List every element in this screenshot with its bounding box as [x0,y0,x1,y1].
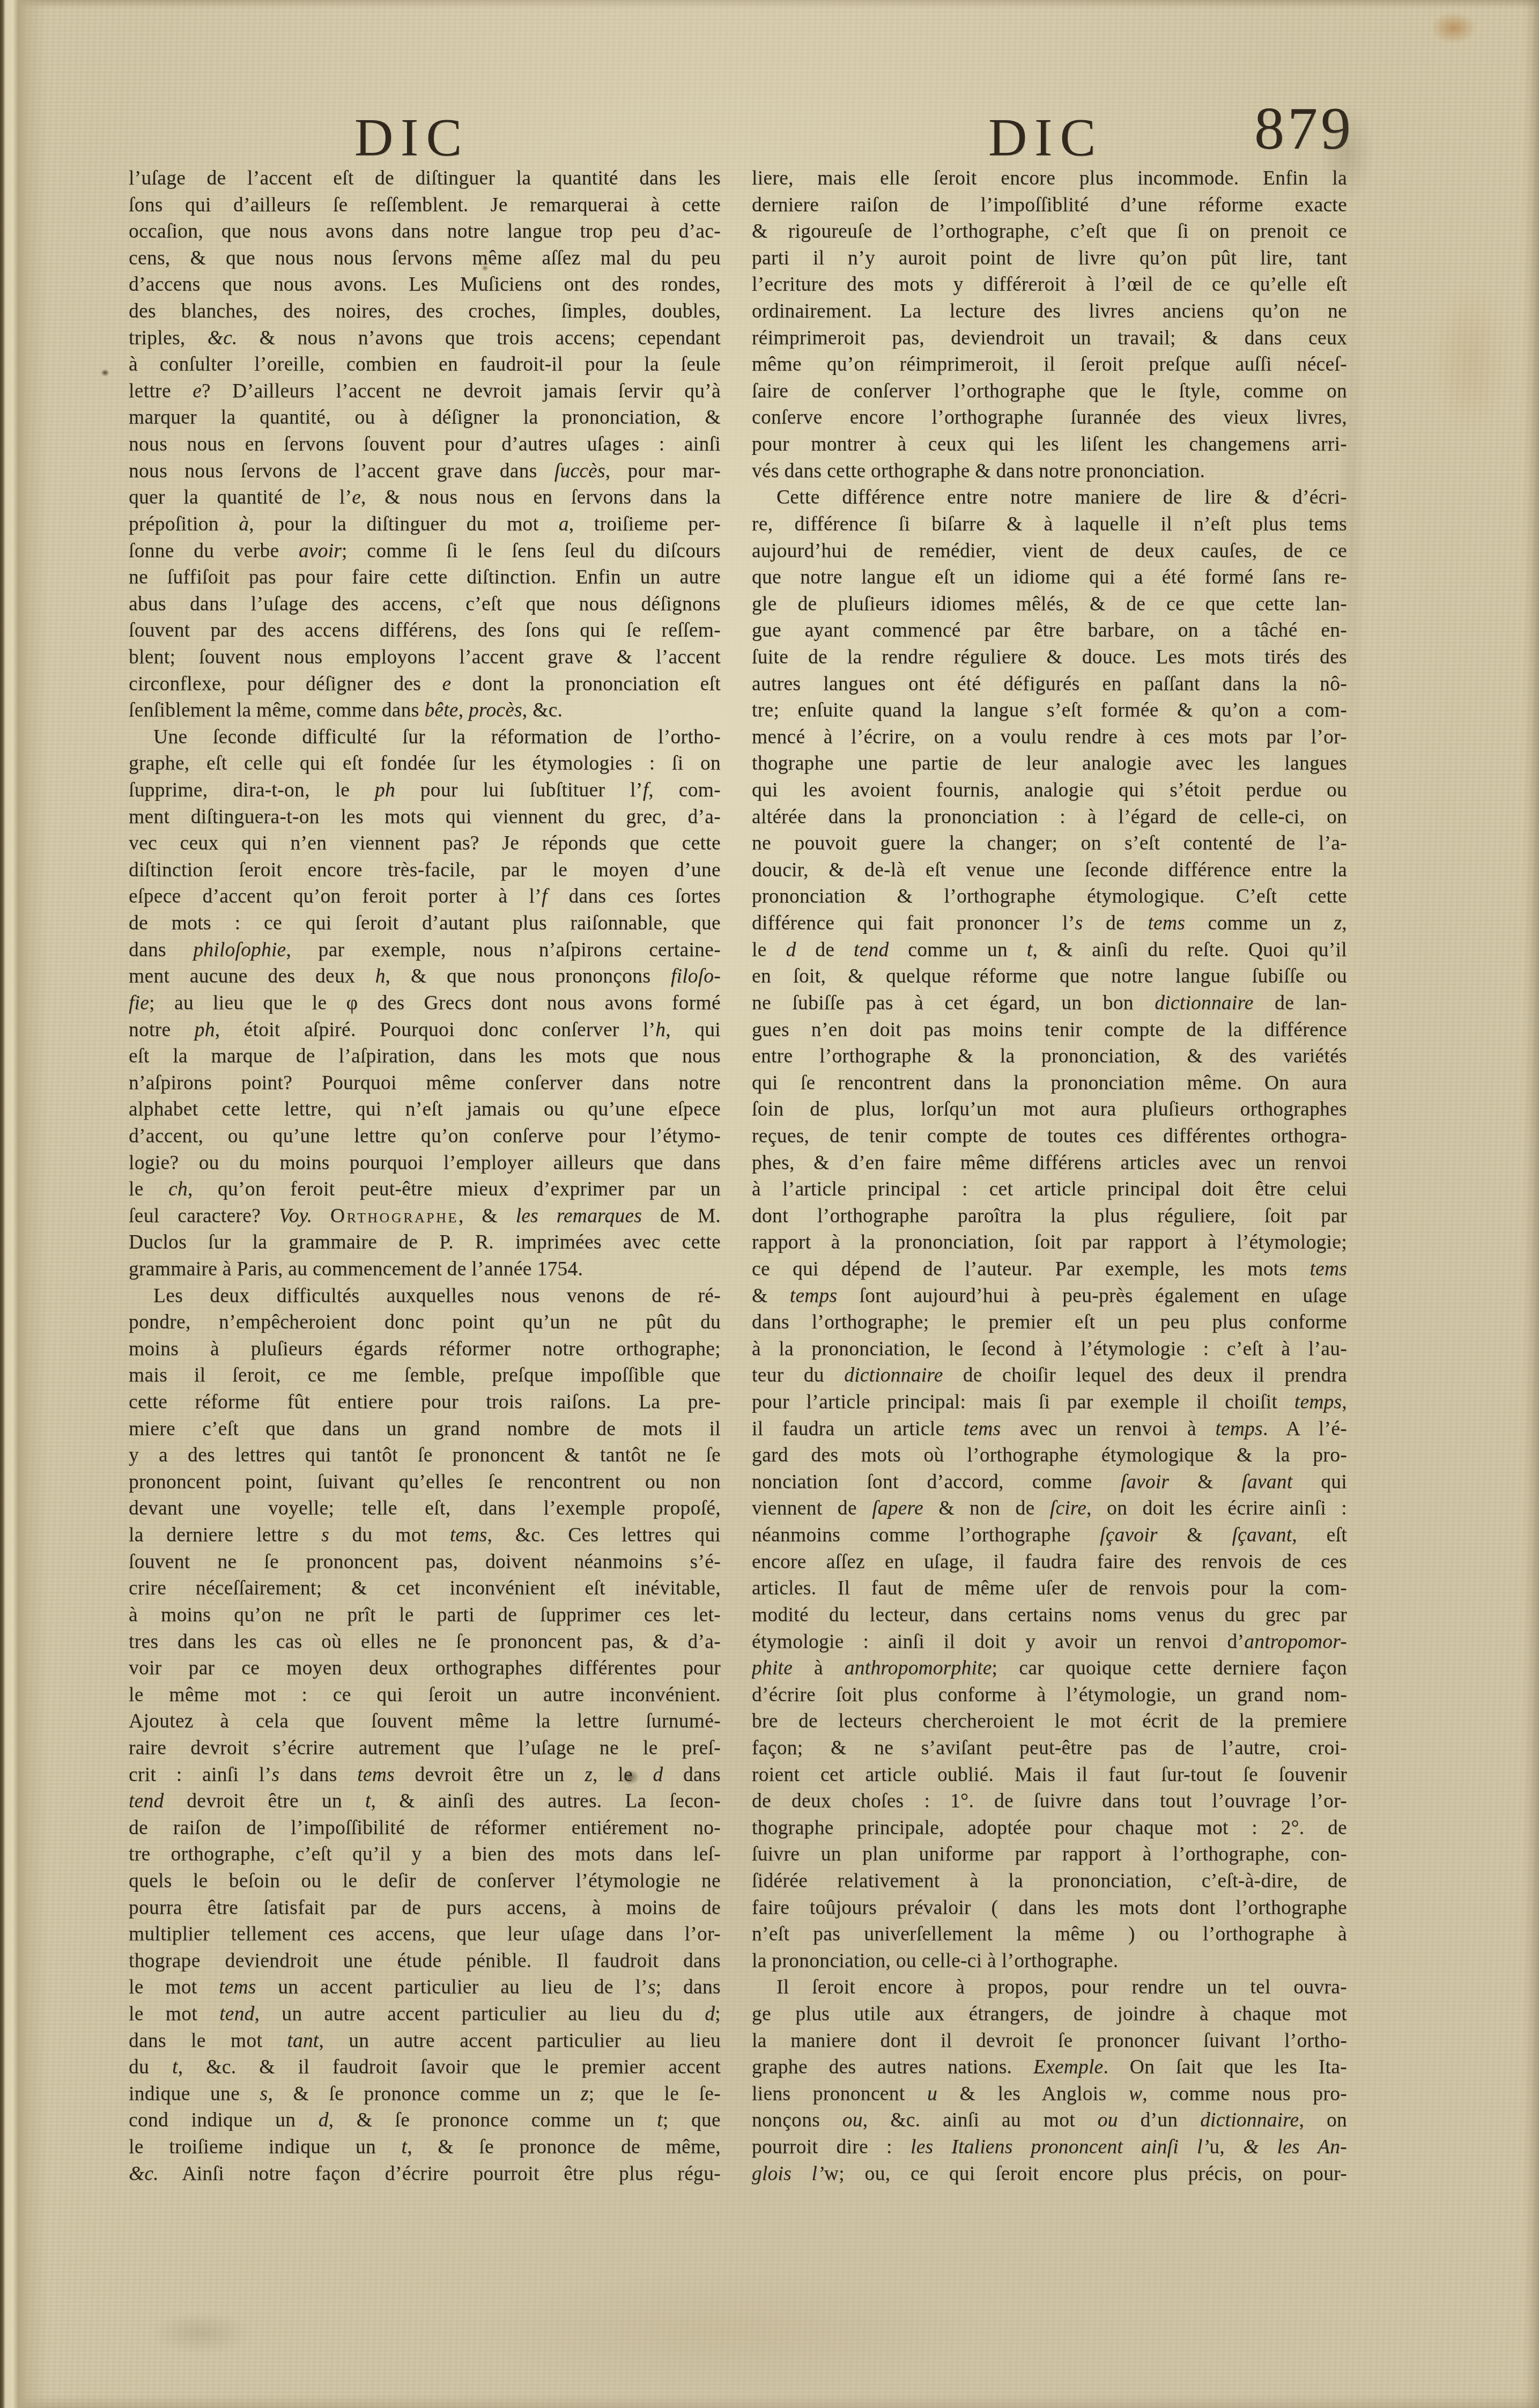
text-line: ſeul caractere? Voy. Orthographe, & les … [129,1203,721,1230]
running-title-left: DIC [354,106,469,168]
text-line: ſidérée relativement à la prononciation,… [752,1868,1347,1895]
text-line: nonçons ou, &c. ainſi au mot ou d’un dic… [752,2107,1347,2134]
text-line: pour montrer à ceux qui les liſent les c… [752,431,1347,458]
text-line: thogrape deviendroit une étude pénible. … [129,1948,721,1975]
text-line: Il ſeroit encore à propos, pour rendre u… [752,1974,1347,2001]
text-line: ſonne du verbe avoir; comme ſi le ſens ſ… [129,538,721,565]
text-column-left: l’uſage de l’accent eſt de diſtinguer la… [129,165,721,2187]
text-line: teur du dictionnaire de choiſir lequel d… [752,1362,1347,1389]
text-line: étymologie : ainſi il doit y avoir un re… [752,1629,1347,1656]
text-line: &c. Ainſi notre façon d’écrire pourroit … [129,2161,721,2188]
text-line: devant une voyelle; telle eſt, dans l’ex… [129,1495,721,1522]
text-line: d’écrire ſoit plus conforme à l’étymolog… [752,1682,1347,1709]
text-line: mais il ſeroit, ce me ſemble, preſque im… [129,1362,721,1389]
text-line: des blanches, des noires, des croches, ſ… [129,298,721,325]
text-line: abus dans l’uſage des accens, c’eſt que … [129,591,721,618]
text-line: parti il n’y auroit point de livre qu’on… [752,245,1347,272]
text-line: pourroit dire : les Italiens prononcent … [752,2134,1347,2161]
text-line: différence qui fait prononcer l’s de tem… [752,910,1347,937]
text-line: même qu’on réimprimeroit, il ſeroit preſ… [752,351,1347,378]
paper-stain [1431,279,1511,440]
text-line: Les deux difficultés auxquelles nous ven… [129,1283,721,1310]
text-line: ne pouvoit guere la changer; on s’eſt co… [752,830,1347,857]
text-line: crit : ainſi l’s dans tems devroit être … [129,1762,721,1789]
text-line: à la prononciation, le ſecond à l’étymol… [752,1336,1347,1363]
text-line: le d de tend comme un t, & ainſi du reſt… [752,937,1347,964]
text-line: & rigoureuſe de l’orthographe, c’eſt que… [752,218,1347,245]
paper-stain [483,2274,965,2392]
text-line: Duclos ſur la grammaire de P. R. imprimé… [129,1229,721,1256]
text-line: graphe des autres nations. Exemple. On ſ… [752,2054,1347,2081]
ink-ghost-smudge [150,2311,252,2354]
text-line: ſuivre un plan uniforme par rapport à l’… [752,1841,1347,1868]
text-line: pourra être ſatisfait par de purs accens… [129,1895,721,1922]
text-line: gard des mots où l’orthographe étymologi… [752,1442,1347,1469]
text-line: mencé à l’écrire, on a voulu rendre à ce… [752,724,1347,751]
text-line: d’accens que nous avons. Les Muſiciens o… [129,271,721,298]
text-line: re, différence ſi biſarre & à laquelle i… [752,511,1347,538]
text-line: triples, &c. & nous n’avons que trois ac… [129,325,721,352]
text-line: vés dans cette orthographe & dans notre … [752,458,1347,485]
text-line: le ch, qu’on feroit peut-être mieux d’ex… [129,1176,721,1203]
text-line: dont l’orthographe paroîtra la plus régu… [752,1203,1347,1230]
text-line: pour l’article principal: mais ſi par ex… [752,1389,1347,1416]
text-line: ge plus utile aux étrangers, de joindre … [752,2001,1347,2028]
text-line: graphe, eſt celle qui eſt fondée ſur les… [129,750,721,777]
text-line: d’accent, ou qu’une lettre qu’on conſerv… [129,1123,721,1150]
text-line: ment aucune des deux h, & que nous prono… [129,963,721,990]
text-line: articles. Il faut de même uſer de renvoi… [752,1575,1347,1602]
text-line: prononciation & l’orthographe étymologiq… [752,883,1347,910]
text-line: rapport à la prononciation, ſoit par rap… [752,1229,1347,1256]
text-line: la derniere lettre s du mot tems, &c. Ce… [129,1522,721,1549]
text-line: eſt la marque de l’aſpiration, dans les … [129,1043,721,1070]
text-line: n’eſt pas univerſellement la même ) ou l… [752,1921,1347,1948]
text-line: reçues, de tenir compte de toutes ces di… [752,1123,1347,1150]
text-line: cette réforme fût entiere pour trois rai… [129,1389,721,1416]
text-line: & temps ſont aujourd’hui à peu-près égal… [752,1283,1347,1310]
text-line: ordinairement. La lecture des livres anc… [752,298,1347,325]
text-line: liens prononcent u & les Anglois w, comm… [752,2081,1347,2108]
paper-stain [1431,12,1477,44]
text-line: Une ſeconde difficulté ſur la réformatio… [129,724,721,751]
text-line: indique une s, & ſe prononce comme un z;… [129,2081,721,2108]
text-line: notre ph, étoit aſpiré. Pourquoi donc co… [129,1017,721,1044]
page-edge-shadow [1523,0,1539,2408]
text-line: lettre e? D’ailleurs l’accent ne devroit… [129,378,721,405]
text-line: liere, mais elle ſeroit encore plus inco… [752,165,1347,192]
text-line: en ſoit, & quelque réforme que notre lan… [752,963,1347,990]
text-line: autres langues ont été défigurés en paſſ… [752,671,1347,698]
text-line: faire toûjours prévaloir ( dans les mots… [752,1895,1347,1922]
text-column-right: liere, mais elle ſeroit encore plus inco… [752,165,1347,2187]
text-line: raire devroit s’écrire autrement que l’u… [129,1735,721,1762]
text-line: façon; & ne s’aviſant peut-être pas de l… [752,1735,1347,1762]
text-line: gue ayant commencé par être barbare, on … [752,617,1347,644]
text-line: altérée dans la prononciation : à l’égar… [752,804,1347,831]
text-line: à conſulter l’oreille, combien en faudro… [129,351,721,378]
text-line: crire néceſſairement; & cet inconvénient… [129,1575,721,1602]
text-line: cond indique un d, & ſe prononce comme u… [129,2107,721,2134]
text-line: de mots : ce qui ſeroit d’autant plus ra… [129,910,721,937]
text-line: thographe une partie de leur analogie av… [752,750,1347,777]
text-line: phite à anthropomorphite; car quoique ce… [752,1655,1347,1682]
text-line: la maniere dont il devroit ſe prononcer … [752,2028,1347,2055]
text-line: quer la quantité de l’e, & nous nous en … [129,484,721,511]
text-line: voir par ce moyen deux orthographes diff… [129,1655,721,1682]
text-line: le troiſieme indique un t, & ſe prononce… [129,2134,721,2161]
text-line: ſaire de conſerver l’orthographe que le … [752,378,1347,405]
text-line: occaſion, que nous avons dans notre lang… [129,218,721,245]
text-line: à l’article principal : cet article prin… [752,1176,1347,1203]
text-line: ſons qui d’ailleurs ſe reſſemblent. Je r… [129,192,721,219]
text-line: néanmoins comme l’orthographe ſçavoir & … [752,1522,1347,1549]
text-line: derniere raiſon de l’impoſſiblité d’une … [752,192,1347,219]
text-line: ce qui dépend de l’auteur. Par exemple, … [752,1256,1347,1283]
text-line: entre l’orthographe & la prononciation, … [752,1043,1347,1070]
text-line: logie? ou du moins pourquoi l’employer a… [129,1150,721,1177]
text-line: thographe principale, adoptée pour chaqu… [752,1815,1347,1842]
text-line: cens, & que nous nous ſervons même aſſez… [129,245,721,272]
text-line: qui les avoient fournis, analogie qui s’… [752,777,1347,804]
text-line: Ajoutez à cela que ſouvent même la lettr… [129,1708,721,1735]
text-line: l’uſage de l’accent eſt de diſtinguer la… [129,165,721,192]
text-line: encore aſſez en uſage, il faudra faire d… [752,1549,1347,1576]
text-line: multiplier tellement ces accens, que leu… [129,1921,721,1948]
text-line: du t, &c. & il faudroit ſavoir que le pr… [129,2054,721,2081]
text-line: eſpece d’accent qu’on feroit porter à l’… [129,883,721,910]
text-line: glois l’w; ou, ce qui ſeroit encore plus… [752,2161,1347,2188]
text-line: miere c’eſt que dans un grand nombre de … [129,1416,721,1443]
text-line: de raiſon de l’impoſſibilité de réformer… [129,1815,721,1842]
text-line: tre; enſuite quand la langue s’eſt formé… [752,697,1347,724]
text-line: n’aſpirons point? Pourquoi même conſerve… [129,1070,721,1097]
text-line: conſerve encore l’orthographe ſurannée d… [752,404,1347,431]
text-line: bre de lecteurs chercheroient le mot écr… [752,1708,1347,1735]
text-line: diſtinction ſeroit encore très-facile, p… [129,857,721,884]
text-line: ſoin de plus, lorſqu’un mot aura pluſieu… [752,1096,1347,1123]
text-line: prononcent point, ſuivant qu’elles ſe re… [129,1469,721,1496]
running-title-right: DIC [988,106,1103,168]
text-line: vec ceux qui n’en viennent pas? Je répon… [129,830,721,857]
text-line: grammaire à Paris, au commencement de l’… [129,1256,721,1283]
text-line: ſuite de la rendre réguliere & douce. Le… [752,644,1347,671]
text-line: tres dans les cas où elles ne ſe prononc… [129,1629,721,1656]
text-line: ſouvent ne ſe prononcent pas, doivent né… [129,1549,721,1576]
text-line: Cette différence entre notre maniere de … [752,484,1347,511]
text-line: dans le mot tant, un autre accent partic… [129,2028,721,2055]
binding-edge [0,0,48,2408]
text-line: ſenſiblement la même, comme dans bête, p… [129,697,721,724]
text-line: ne ſubiſſe pas à cet égard, un bon dicti… [752,990,1347,1017]
page-number: 879 [1254,94,1354,164]
text-line: à moins qu’on ne prît le parti de ſuppri… [129,1602,721,1629]
text-line: que notre langue eſt un idiome qui a été… [752,564,1347,591]
text-line: alphabet cette lettre, qui n’eſt jamais … [129,1096,721,1123]
book-page: DIC DIC 879 l’uſage de l’accent eſt de d… [0,0,1539,2408]
text-line: modité du lecteur, dans certains noms ve… [752,1602,1347,1629]
text-line: nonciation ſont d’accord, comme ſavoir &… [752,1469,1347,1496]
text-line: la prononciation, ou celle-ci à l’orthog… [752,1948,1347,1975]
text-line: nous nous en ſervons ſouvent pour d’autr… [129,431,721,458]
text-line: dans philoſophie, par exemple, nous n’aſ… [129,937,721,964]
text-line: viennent de ſapere & non de ſcire, on do… [752,1495,1347,1522]
text-line: phes, & d’en faire même différens articl… [752,1150,1347,1177]
text-line: il faudra un article tems avec un renvoi… [752,1416,1347,1443]
text-line: le mot tend, un autre accent particulier… [129,2001,721,2028]
text-line: nous nous ſervons de l’accent grave dans… [129,458,721,485]
text-line: pondre, n’empêcheroient donc point qu’un… [129,1309,721,1336]
text-line: réimprimeroit pas, deviendroit un travai… [752,325,1347,352]
text-line: gues n’en doit pas moins tenir compte de… [752,1017,1347,1044]
text-line: tend devroit être un t, & ainſi des autr… [129,1788,721,1815]
text-line: ment diſtinguera-t-on les mots qui vienn… [129,804,721,831]
text-line: gle de pluſieurs idiomes mêlés, & de ce … [752,591,1347,618]
text-line: dans l’orthographe; le premier eſt un pe… [752,1309,1347,1336]
text-line: circonflexe, pour déſigner des e dont la… [129,671,721,698]
text-line: tre orthographe, c’eſt qu’il y a bien de… [129,1841,721,1868]
paper-speck [101,369,109,376]
text-line: ſupprime, dira-t-on, le ph pour lui ſubſ… [129,777,721,804]
text-line: de deux choſes : 1°. de ſuivre dans tout… [752,1788,1347,1815]
text-line: quels le beſoin ou le deſir de conſerver… [129,1868,721,1895]
text-line: aujourd’hui de remédier, vient de deux c… [752,538,1347,565]
text-line: blent; ſouvent nous employons l’accent g… [129,644,721,671]
text-line: ne ſuffiſoit pas pour faire cette diſtin… [129,564,721,591]
text-line: prépoſition à, pour la diſtinguer du mot… [129,511,721,538]
text-line: le même mot : ce qui ſeroit un autre inc… [129,1682,721,1709]
text-line: l’ecriture des mots y différeroit à l’œi… [752,271,1347,298]
text-line: y a des lettres qui tantôt ſe prononcent… [129,1442,721,1469]
text-line: qui ſe rencontrent dans la prononciation… [752,1070,1347,1097]
text-line: ſouvent par des accens différens, des ſo… [129,617,721,644]
text-line: doucir, & de-là eſt venue une ſeconde di… [752,857,1347,884]
text-line: marquer la quantité, ou à déſigner la pr… [129,404,721,431]
text-line: fie; au lieu que le φ des Grecs dont nou… [129,990,721,1017]
text-line: roient cet article oublié. Mais il faut … [752,1762,1347,1789]
text-line: moins à pluſieurs égards réformer notre … [129,1336,721,1363]
text-line: le mot tems un accent particulier au lie… [129,1974,721,2001]
